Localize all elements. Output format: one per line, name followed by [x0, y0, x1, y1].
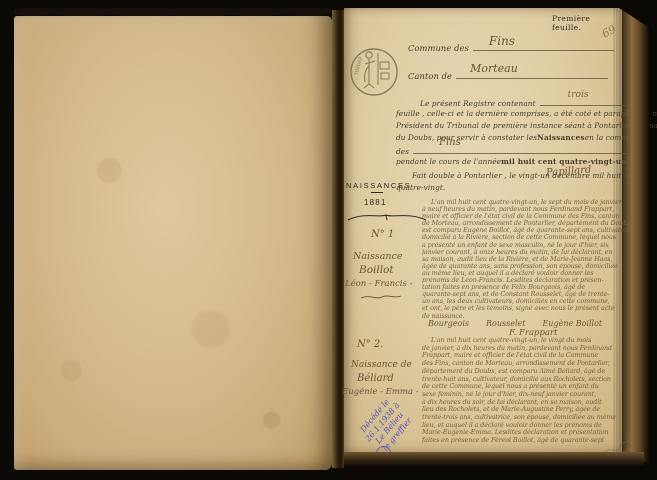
preamble-line1-label: Le présent Registre contenant [420, 99, 536, 108]
right-register-page: Première feuille. 69 TIMBRE Commune des … [344, 8, 622, 454]
preamble-line5-label: des [396, 147, 409, 156]
page-stack-edge [612, 8, 650, 462]
preamble-line5-value: Fins [439, 137, 461, 148]
page-bottom-edge [344, 452, 644, 467]
preamble-line2: feuille , celle-ci et la dernière compri… [396, 109, 626, 118]
preamble-line6: pendant le cours de l'année mil huit cen… [396, 157, 626, 166]
revenue-stamp-icon: TIMBRE [348, 42, 400, 106]
margin-year: 1881 [364, 198, 387, 207]
book-gutter [332, 10, 344, 468]
stamp-text: TIMBRE [355, 56, 365, 76]
closing-line2: quatre-vingt. [396, 183, 626, 192]
preamble-line5-rule: Fins [413, 145, 626, 154]
entry1-line: Léon - Francis - [345, 279, 412, 289]
entry2-line: Béliard [357, 373, 394, 384]
signature: Rousselet [486, 319, 525, 328]
entry1-line: Naissance [353, 251, 403, 262]
commune-value: Fins [489, 34, 515, 48]
margin-bracket-ornament [346, 211, 428, 223]
entry2-number: N° 2. [357, 339, 383, 350]
preamble-line1-value: trois [568, 90, 589, 100]
registry-book-scan: Première feuille. 69 TIMBRE Commune des … [0, 0, 657, 480]
preamble-line4: du Doubs, pour servir à constater les Na… [396, 133, 626, 142]
margin-divider [371, 192, 383, 193]
entry2-line: Naissance de [351, 360, 412, 370]
commune-label: Commune des [408, 43, 469, 53]
paper-foxing-spots [14, 16, 332, 470]
canton-rule: Morteau [456, 70, 608, 79]
commune-rule: Fins [473, 42, 614, 51]
entry1-line: Boillot [359, 264, 394, 276]
preamble-line3: Président du Tribunal de première instan… [396, 121, 626, 130]
act1-signatures: Bourgeois Rousselet Eugène Boillot [428, 319, 602, 328]
margin-naissances-title: NAISSANCES [346, 181, 411, 190]
signature: Eugène Boillot [542, 319, 602, 328]
canton-value: Morteau [470, 62, 518, 75]
entry1-flourish [360, 293, 402, 301]
canton-label: Canton de [408, 71, 452, 81]
left-blank-page [14, 16, 332, 470]
entry1-number: N° 1 [371, 229, 394, 240]
signature: Bourgeois [428, 319, 469, 328]
